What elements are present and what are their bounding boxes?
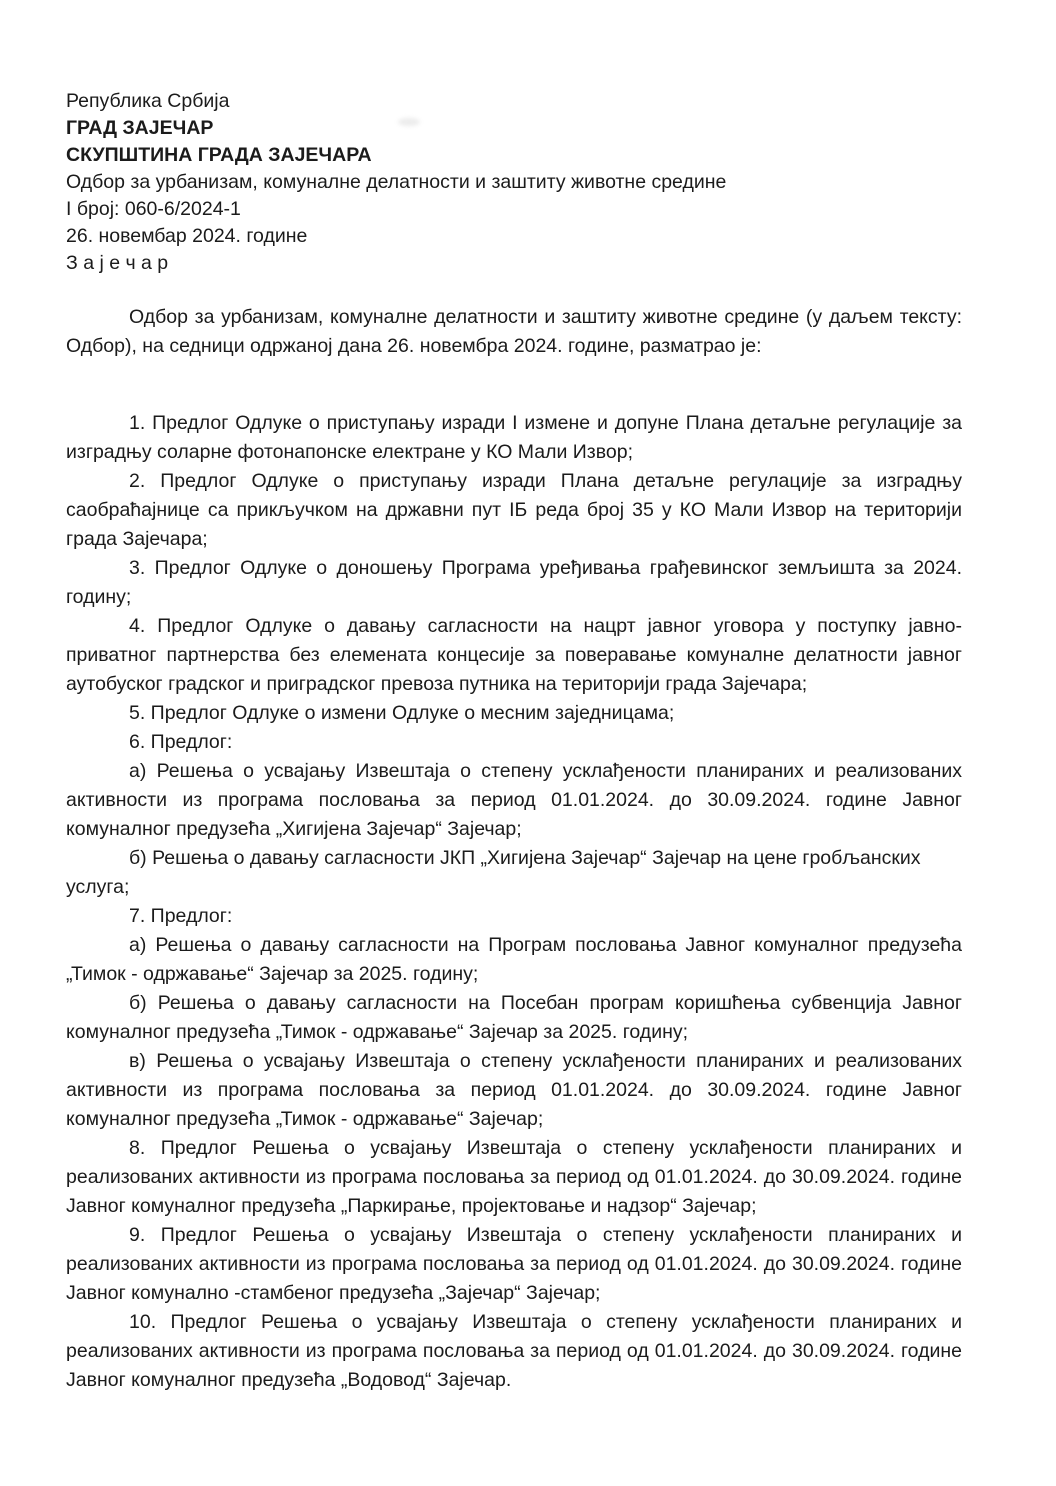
agenda-item-9: 9. Предлог Решења о усвајању Извештаја о…: [66, 1221, 962, 1308]
header-country: Република Србија: [66, 88, 962, 115]
agenda-item-8: 8. Предлог Решења о усвајању Извештаја о…: [66, 1134, 962, 1221]
agenda-item-7v: в) Решења о усвајању Извештаја о степену…: [66, 1047, 962, 1134]
agenda-item-4: 4. Предлог Одлуке о давању сагласности н…: [66, 612, 962, 699]
header-assembly: СКУПШТИНА ГРАДА ЗАЈЕЧАРА: [66, 142, 962, 169]
agenda-list: 1. Предлог Одлуке о приступању изради I …: [66, 409, 962, 1395]
agenda-item-1: 1. Предлог Одлуке о приступању изради I …: [66, 409, 962, 467]
document-header: Република Србија ГРАД ЗАЈЕЧАР СКУПШТИНА …: [66, 88, 962, 277]
agenda-item-7a: а) Решења о давању сагласности на Програ…: [66, 931, 962, 989]
agenda-item-7: 7. Предлог:: [66, 902, 962, 931]
header-case-number: I број: 060-6/2024-1: [66, 196, 962, 223]
header-committee: Одбор за урбанизам, комуналне делатности…: [66, 169, 962, 196]
agenda-item-5: 5. Предлог Одлуке о измени Одлуке о месн…: [66, 699, 962, 728]
intro-paragraph: Одбор за урбанизам, комуналне делатности…: [66, 303, 962, 361]
agenda-item-6: 6. Предлог:: [66, 728, 962, 757]
agenda-item-3: 3. Предлог Одлуке о доношењу Програма ур…: [66, 554, 962, 612]
header-city: ГРАД ЗАЈЕЧАР: [66, 115, 962, 142]
scan-smudge: [398, 118, 420, 126]
agenda-item-10: 10. Предлог Решења о усвајању Извештаја …: [66, 1308, 962, 1395]
agenda-item-6a: а) Решења о усвајању Извештаја о степену…: [66, 757, 962, 844]
document-page: Република Србија ГРАД ЗАЈЕЧАР СКУПШТИНА …: [0, 0, 1056, 1486]
agenda-item-2: 2. Предлог Одлуке о приступању изради Пл…: [66, 467, 962, 554]
agenda-item-7b: б) Решења о давању сагласности на Посеба…: [66, 989, 962, 1047]
agenda-item-6b: б) Решења о давању сагласности ЈКП „Хиги…: [66, 844, 962, 902]
header-place: З а ј е ч а р: [66, 250, 962, 277]
header-date: 26. новембар 2024. године: [66, 223, 962, 250]
